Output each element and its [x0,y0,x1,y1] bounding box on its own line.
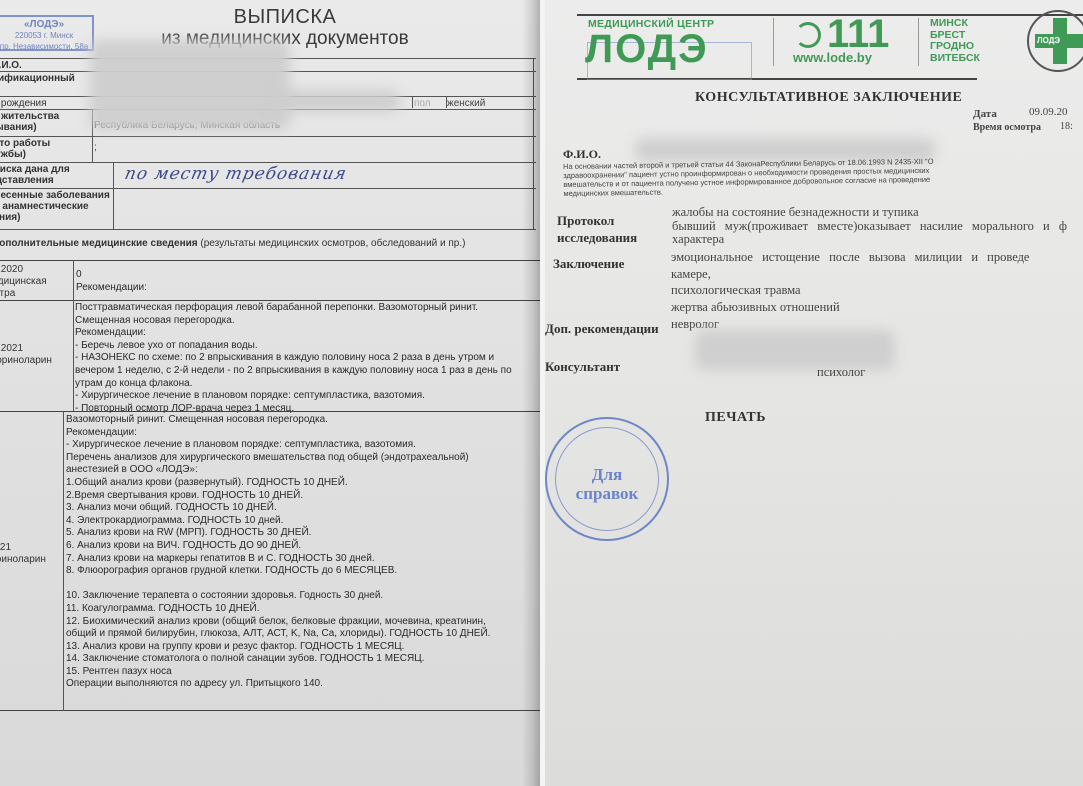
record-2020: .2020 Медицинская сестра 0Рекомендации: [0,260,540,300]
record-line: 1.Общий анализ крови (развернутый). ГОДН… [66,477,490,490]
record-line: вечером 1 неделю, с 2-й недели - по 2 вп… [75,365,512,378]
additional-info-heading: Дополнительные медицинские сведения (рез… [0,238,465,249]
divider [63,411,64,711]
divider [918,18,919,66]
record-line: 7. Анализ крови на маркеры гепатитов В и… [66,553,490,566]
extra-recommendations-label: Доп. рекомендации [545,320,660,337]
protocol-value: жалобы на состояние безнадежности и тупи… [672,206,1067,247]
divider [773,18,774,66]
record-text: Вазомоторный ринит. Смещенная носовая пе… [66,414,490,691]
exam-time-label: Время осмотра [973,122,1041,133]
round-seal-stamp: Для справок [545,417,669,541]
record-2021-a: .2021 Оториноларин Посттравматическая пе… [0,300,540,412]
record-line: 5. Анализ крови на RW (МРП). ГОДНОСТЬ 30… [66,527,490,540]
field-workplace: Место работы (службы) ; [0,136,536,162]
record-line: 12. Биохимический анализ крови (общий бе… [66,616,490,629]
divider [446,96,447,108]
record-2021-b: .2021 Оториноларин Вазомоторный ринит. С… [0,411,540,711]
record-line: 13. Анализ крови на группу крови и резус… [66,641,490,654]
protocol-label: Протокол исследования [557,212,667,246]
handwritten-issued-for: по месту требования [123,164,349,184]
date-value: 09.09.20 [1029,106,1068,118]
record-line: Смещенная носовая перегородка. [75,315,512,328]
record-line: Вазомоторный ринит. Смещенная носовая пе… [66,414,490,427]
redacted-personal-data [90,40,290,130]
record-line: 11. Коагулограмма. ГОДНОСТЬ 10 ДНЕЙ. [66,603,490,616]
record-text: Посттравматическая перфорация левой бара… [75,302,512,415]
record-line: - Беречь левое ухо от попадания воды. [75,340,512,353]
consultant-label: Консультант [545,358,620,375]
record-line: 8. Флюорография органов грудной клетки. … [66,565,490,578]
record-line: - Хирургическое лечение в плановом поряд… [66,439,490,452]
phone-number: 111 [827,14,889,54]
conclusion-label: Заключение [553,255,624,272]
record-line: 15. Рентген пазух носа [66,666,490,679]
consultant-value: психолог [817,366,865,380]
record-line: Посттравматическая перфорация левой бара… [75,302,512,315]
medical-extract-document: «ЛОДЭ» 220053 г. Минск пр. Независимости… [0,0,540,786]
date-label: Дата [973,108,997,120]
website: www.lode.by [793,50,872,65]
clinic-rect-stamp: «ЛОДЭ» 220053 г. Минск пр. Независимости… [0,15,94,51]
record-text: 0Рекомендации: [76,269,147,294]
exam-time-value: 18: [1060,121,1073,132]
redacted-personal-data [270,90,400,112]
cities-list: МИНСК БРЕСТ ГРОДНО ВИТЕБСК [930,18,980,64]
consent-text: На основании частей второй и третьей ста… [563,157,934,198]
record-line: 14. Заключение стоматолога о полной сана… [66,653,490,666]
divider [412,96,413,108]
record-line: Рекомендации: [75,327,512,340]
record-line: Перечень анализов для хирургического вме… [66,452,490,465]
record-line: утрам до конца флакона. [75,378,512,391]
quality-guarantee-badge: ЛОДЭ [1027,10,1083,72]
phone-icon [795,22,821,48]
field-past-diseases: Перенесенные заболевания (иные анамнести… [0,188,536,228]
record-line: анестезией в ООО «ЛОДЭ»: [66,464,490,477]
divider [113,162,114,229]
fio-label: Ф.И.О. [563,147,601,162]
record-line [66,578,490,591]
record-line: 3. Анализ мочи общий. ГОДНОСТЬ 10 ДНЕЙ. [66,502,490,515]
record-line: Рекомендации: [66,427,490,440]
record-line: общий и прямой билирубин, глюкоза, АЛТ, … [66,628,490,641]
divider [0,229,536,230]
stamp-text: Для справок [547,465,667,503]
record-line: - Хирургическое лечение в плановом поряд… [75,390,512,403]
record-line: Операции выполняются по адресу ул. Приты… [66,678,490,691]
record-line: Рекомендации: [76,282,147,295]
conclusion-value: эмоциональное истощение после вызова мил… [671,251,1030,314]
record-line: - НАЗОНЕКС по схеме: по 2 впрыскивания в… [75,352,512,365]
record-line: 10. Заключение терапевта о состоянии здо… [66,590,490,603]
document-title: КОНСУЛЬТАТИВНОЕ ЗАКЛЮЧЕНИЕ [695,90,962,106]
brand-logo: ЛОДЭ [585,28,709,70]
page-edge-shadow [522,0,540,786]
redacted-personal-data [695,330,895,370]
record-line: 4. Электрокардиограмма. ГОДНОСТЬ 10 дней… [66,515,490,528]
record-line: 0 [76,269,147,282]
consultation-conclusion-document: МЕДИЦИНСКИЙ ЦЕНТР ЛОДЭ 111 www.lode.by М… [545,0,1083,786]
divider [73,260,74,411]
record-line: 6. Анализ крови на ВИЧ. ГОДНОСТЬ ДО 90 Д… [66,540,490,553]
seal-label: ПЕЧАТЬ [705,410,766,426]
record-line: 2.Время свертывания крови. ГОДНОСТЬ 10 Д… [66,490,490,503]
